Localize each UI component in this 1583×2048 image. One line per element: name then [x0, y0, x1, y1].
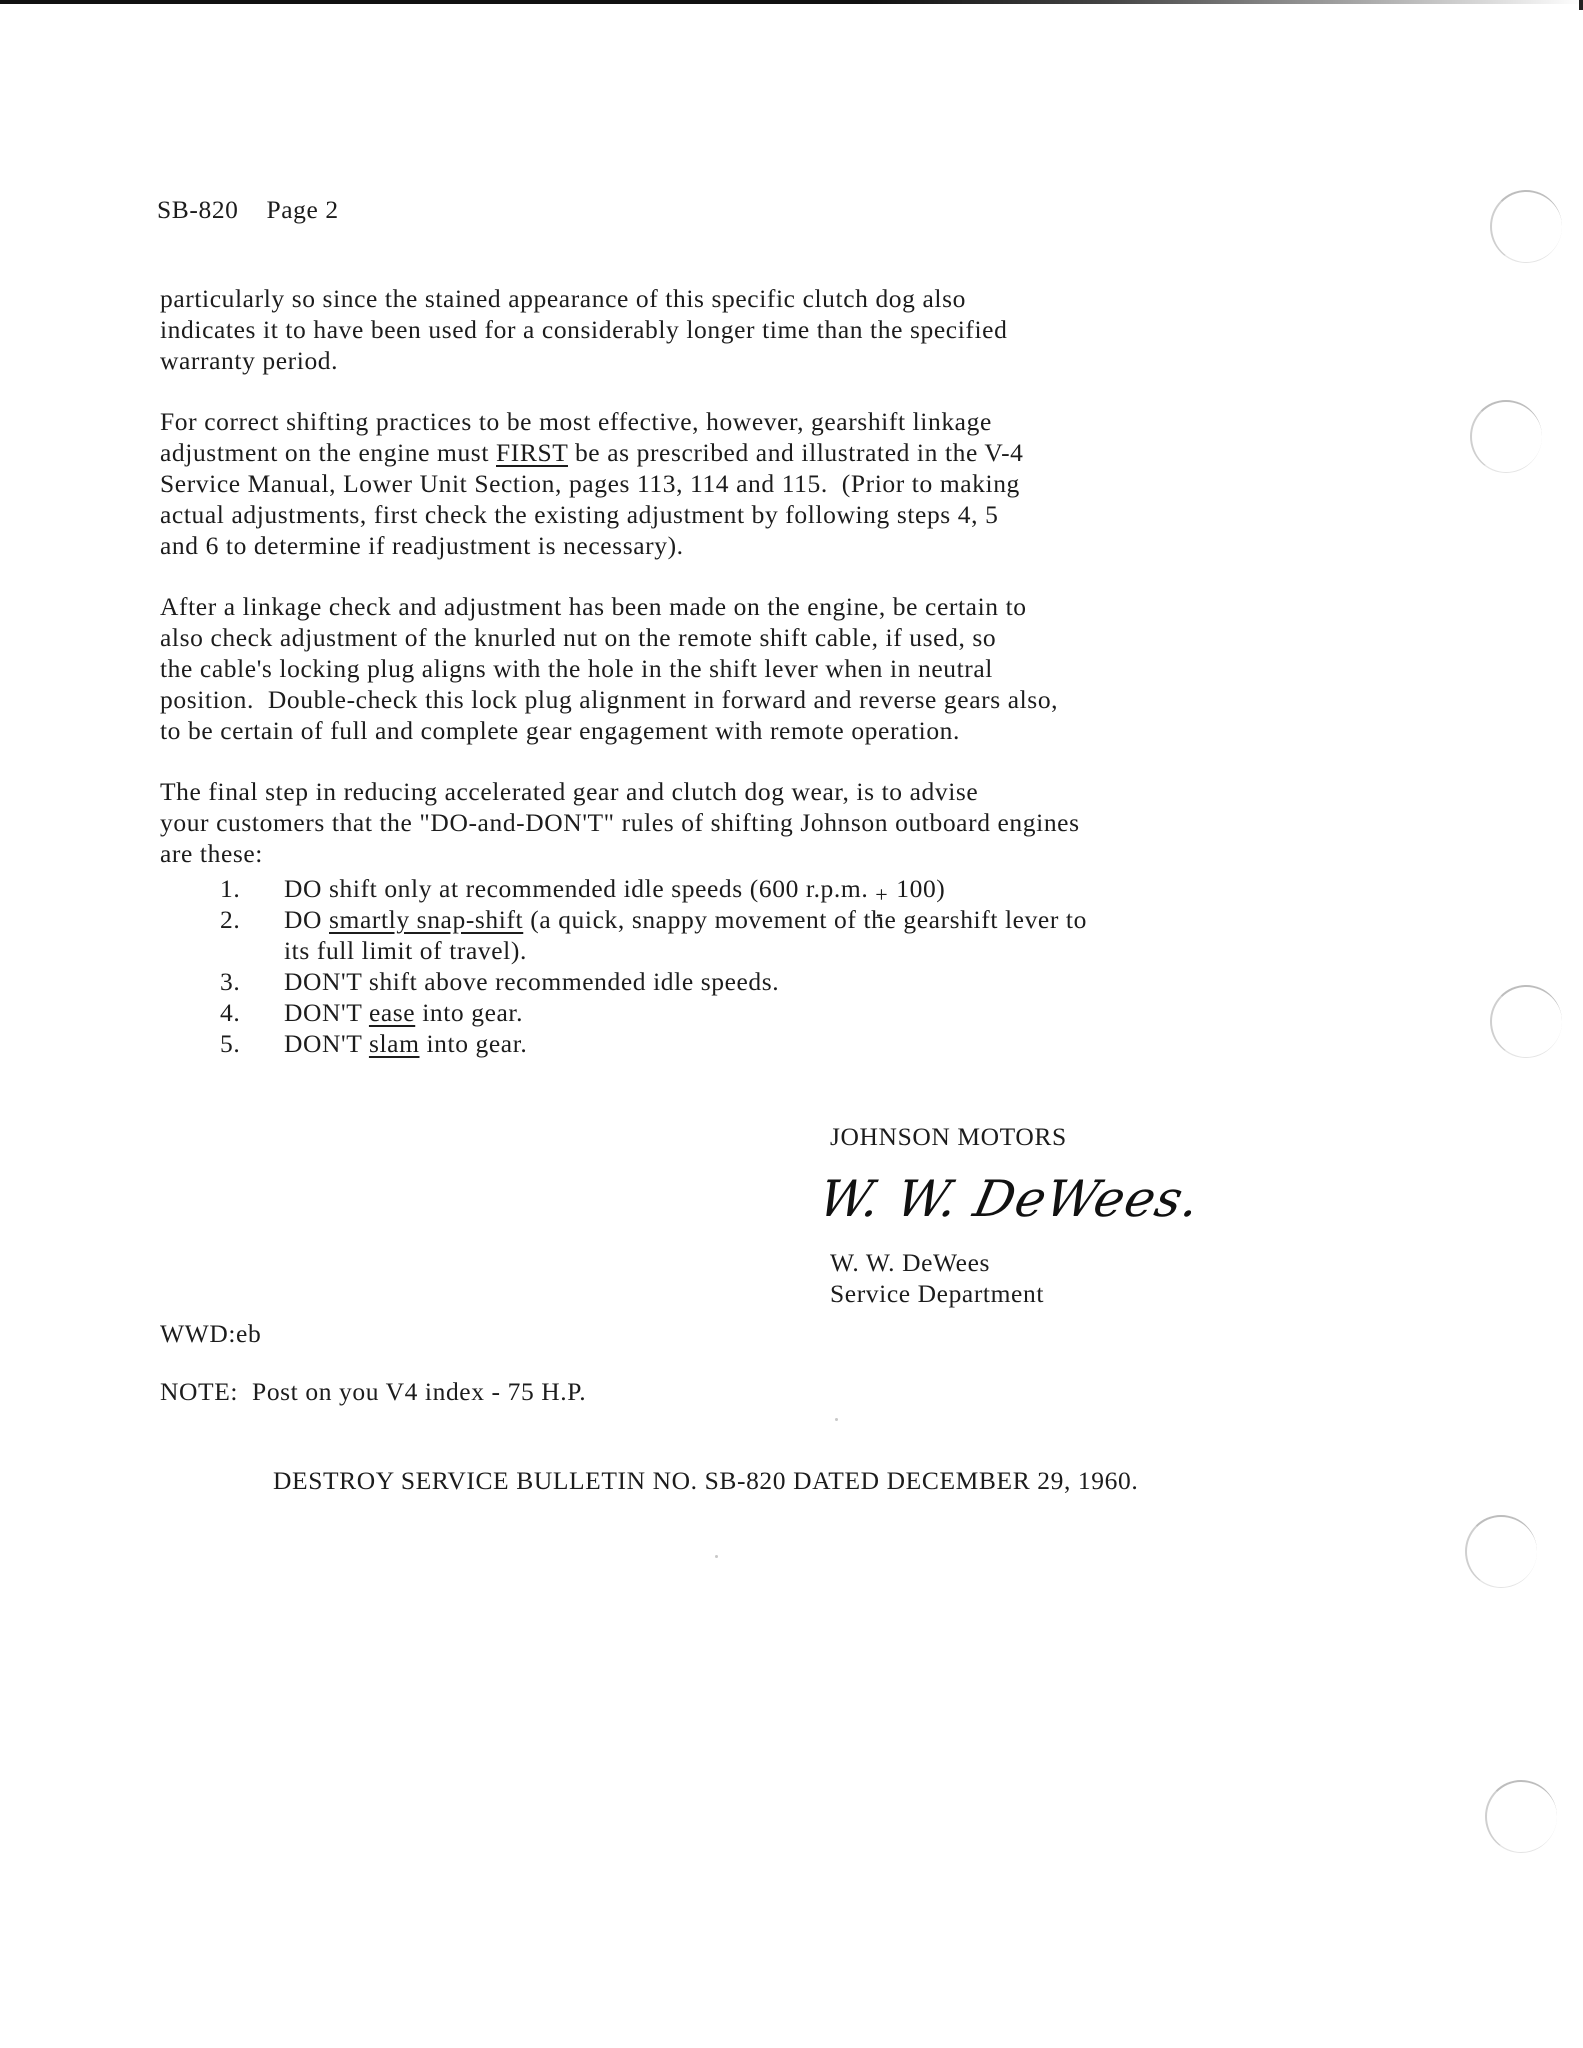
text-line: the cable's locking plug aligns with the…: [160, 653, 1058, 684]
signer-department: Service Department: [830, 1278, 1044, 1309]
text-line: are these:: [160, 838, 1080, 869]
rule-item: 2.DO smartly snap-shift (a quick, snappy…: [220, 904, 1087, 935]
text-line: actual adjustments, first check the exis…: [160, 499, 1024, 530]
note-line: NOTE: Post on you V4 index - 75 H.P.: [160, 1376, 586, 1407]
rule-number: [220, 935, 284, 966]
do-dont-rules-list: 1.DO shift only at recommended idle spee…: [220, 873, 1087, 1059]
text-line: The final step in reducing accelerated g…: [160, 776, 1080, 807]
text-line: After a linkage check and adjustment has…: [160, 591, 1058, 622]
underlined-emphasis: ease: [369, 998, 415, 1027]
rule-item: its full limit of travel).: [220, 935, 1087, 966]
rule-text: DO shift only at recommended idle speeds…: [284, 873, 945, 904]
scan-speck: [715, 1555, 718, 1558]
underlined-emphasis: slam: [369, 1029, 420, 1058]
destroy-notice: DESTROY SERVICE BULLETIN NO. SB-820 DATE…: [273, 1465, 1138, 1496]
scan-speck: [835, 1418, 838, 1421]
rule-item: 3.DON'T shift above recommended idle spe…: [220, 966, 1087, 997]
rule-text: DON'T shift above recommended idle speed…: [284, 966, 779, 997]
bulletin-id: SB-820: [157, 195, 239, 224]
scan-corner-mark: [1579, 0, 1583, 10]
signer-name: W. W. DeWees: [830, 1247, 1044, 1278]
rule-item: 4.DON'T ease into gear.: [220, 997, 1087, 1028]
page-header: SB-820 Page 2: [157, 194, 339, 225]
rule-text: DON'T ease into gear.: [284, 997, 523, 1028]
reference-initials: WWD:eb: [160, 1318, 261, 1349]
rule-item: 1.DO shift only at recommended idle spee…: [220, 873, 1087, 904]
paragraph-remote-cable-check: After a linkage check and adjustment has…: [160, 591, 1058, 746]
company-closing: JOHNSON MOTORS: [830, 1121, 1067, 1152]
paragraph-linkage-adjustment: For correct shifting practices to be mos…: [160, 406, 1024, 561]
underlined-emphasis: smartly snap-shift: [329, 905, 523, 934]
page-label: Page 2: [266, 195, 338, 224]
scan-top-edge: [0, 0, 1583, 4]
rule-number: 1.: [220, 873, 284, 904]
text-line: position. Double-check this lock plug al…: [160, 684, 1058, 715]
note-text: Post on you V4 index - 75 H.P.: [252, 1377, 586, 1406]
text-line: to be certain of full and complete gear …: [160, 715, 1058, 746]
rule-item: 5.DON'T slam into gear.: [220, 1028, 1087, 1059]
rule-text: DO smartly snap-shift (a quick, snappy m…: [284, 904, 1087, 935]
hole-punch-mark: [1485, 1780, 1557, 1853]
text-line: also check adjustment of the knurled nut…: [160, 622, 1058, 653]
rule-number: 4.: [220, 997, 284, 1028]
text-line: adjustment on the engine must FIRST be a…: [160, 437, 1024, 468]
hole-punch-mark: [1490, 985, 1562, 1058]
note-label: NOTE:: [160, 1377, 238, 1406]
text-line: and 6 to determine if readjustment is ne…: [160, 530, 1024, 561]
signer-block: W. W. DeWeesService Department: [830, 1247, 1044, 1309]
rule-text: DON'T slam into gear.: [284, 1028, 527, 1059]
text-line: indicates it to have been used for a con…: [160, 314, 1007, 345]
text-line: warranty period.: [160, 345, 1007, 376]
paragraph-shifting-rules-intro: The final step in reducing accelerated g…: [160, 776, 1080, 869]
text-line: your customers that the "DO-and-DON'T" r…: [160, 807, 1080, 838]
text-line: For correct shifting practices to be mos…: [160, 406, 1024, 437]
underlined-emphasis: FIRST: [496, 438, 568, 467]
handwritten-signature: W. W. DeWees.: [814, 1170, 1206, 1228]
rule-number: 3.: [220, 966, 284, 997]
hole-punch-mark: [1470, 400, 1542, 473]
paragraph-warranty: particularly so since the stained appear…: [160, 283, 1007, 376]
text-line: Service Manual, Lower Unit Section, page…: [160, 468, 1024, 499]
text-line: particularly so since the stained appear…: [160, 283, 1007, 314]
rule-number: 2.: [220, 904, 284, 935]
hole-punch-mark: [1465, 1515, 1537, 1588]
rule-text: its full limit of travel).: [284, 935, 527, 966]
rule-number: 5.: [220, 1028, 284, 1059]
hole-punch-mark: [1490, 190, 1562, 263]
